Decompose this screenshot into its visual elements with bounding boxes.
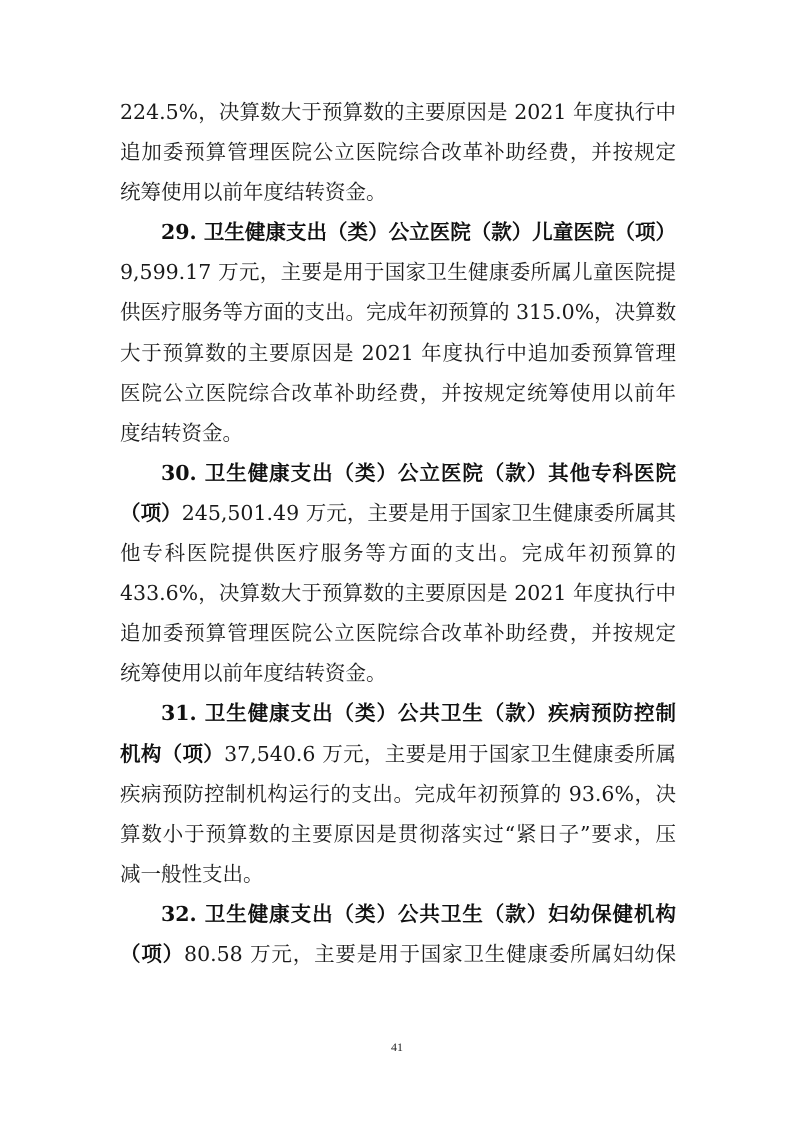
text-line: 算数小于预算数的主要原因是贯彻落实过“紧日子”要求，压 bbox=[120, 814, 676, 854]
item-heading-continued: （项） bbox=[120, 942, 184, 966]
text-line: 医院公立医院综合改革补助经费，并按规定统筹使用以前年 bbox=[120, 373, 676, 413]
text-line: 机构（项）37,540.6 万元，主要是用于国家卫生健康委所属 bbox=[120, 734, 676, 774]
text-line: 追加委预算管理医院公立医院综合改革补助经费，并按规定 bbox=[120, 613, 676, 653]
text-line: 32. 卫生健康支出（类）公共卫生（款）妇幼保健机构 bbox=[120, 894, 676, 934]
item-heading: 32. 卫生健康支出（类）公共卫生（款）妇幼保健机构 bbox=[161, 902, 676, 926]
text-line: 疾病预防控制机构运行的支出。完成年初预算的 93.6%，决 bbox=[120, 774, 676, 814]
paragraph-32: 32. 卫生健康支出（类）公共卫生（款）妇幼保健机构 （项）80.58 万元，主… bbox=[120, 894, 676, 974]
text-line: 追加委预算管理医院公立医院综合改革补助经费，并按规定 bbox=[120, 132, 676, 172]
paragraph-30: 30. 卫生健康支出（类）公立医院（款）其他专科医院 （项）245,501.49… bbox=[120, 453, 676, 694]
text-line: 统筹使用以前年度结转资金。 bbox=[120, 653, 676, 693]
page-number: 41 bbox=[0, 1040, 794, 1055]
text-line: 30. 卫生健康支出（类）公立医院（款）其他专科医院 bbox=[120, 453, 676, 493]
paragraph-31: 31. 卫生健康支出（类）公共卫生（款）疾病预防控制 机构（项）37,540.6… bbox=[120, 693, 676, 893]
text-line: 减一般性支出。 bbox=[120, 854, 676, 894]
item-heading-continued: （项） bbox=[120, 501, 182, 525]
item-heading-continued: 机构（项） bbox=[120, 742, 224, 766]
text-line: 433.6%，决算数大于预算数的主要原因是 2021 年度执行中 bbox=[120, 573, 676, 613]
text-line: 31. 卫生健康支出（类）公共卫生（款）疾病预防控制 bbox=[120, 693, 676, 733]
text-line: （项）80.58 万元，主要是用于国家卫生健康委所属妇幼保 bbox=[120, 934, 676, 974]
item-heading: 31. 卫生健康支出（类）公共卫生（款）疾病预防控制 bbox=[161, 701, 676, 725]
paragraph-28-continued: 224.5%，决算数大于预算数的主要原因是 2021 年度执行中 追加委预算管理… bbox=[120, 92, 676, 212]
item-heading: 29. 卫生健康支出（类）公立医院（款）儿童医院（项） bbox=[161, 220, 676, 244]
text-line: 9,599.17 万元，主要是用于国家卫生健康委所属儿童医院提 bbox=[120, 252, 676, 292]
document-body: 224.5%，决算数大于预算数的主要原因是 2021 年度执行中 追加委预算管理… bbox=[120, 92, 676, 974]
text-line: 他专科医院提供医疗服务等方面的支出。完成年初预算的 bbox=[120, 533, 676, 573]
text-line: 统筹使用以前年度结转资金。 bbox=[120, 172, 676, 212]
text-run: 245,501.49 万元，主要是用于国家卫生健康委所属其 bbox=[182, 501, 676, 525]
text-line: （项）245,501.49 万元，主要是用于国家卫生健康委所属其 bbox=[120, 493, 676, 533]
text-run: 37,540.6 万元，主要是用于国家卫生健康委所属 bbox=[224, 742, 676, 766]
paragraph-29: 29. 卫生健康支出（类）公立医院（款）儿童医院（项） 9,599.17 万元，… bbox=[120, 212, 676, 453]
text-run: 80.58 万元，主要是用于国家卫生健康委所属妇幼保 bbox=[184, 942, 676, 966]
text-line: 大于预算数的主要原因是 2021 年度执行中追加委预算管理 bbox=[120, 333, 676, 373]
item-heading: 30. 卫生健康支出（类）公立医院（款）其他专科医院 bbox=[161, 461, 676, 485]
text-line: 29. 卫生健康支出（类）公立医院（款）儿童医院（项） bbox=[120, 212, 676, 252]
text-line: 224.5%，决算数大于预算数的主要原因是 2021 年度执行中 bbox=[120, 92, 676, 132]
text-line: 供医疗服务等方面的支出。完成年初预算的 315.0%，决算数 bbox=[120, 292, 676, 332]
text-line: 度结转资金。 bbox=[120, 413, 676, 453]
